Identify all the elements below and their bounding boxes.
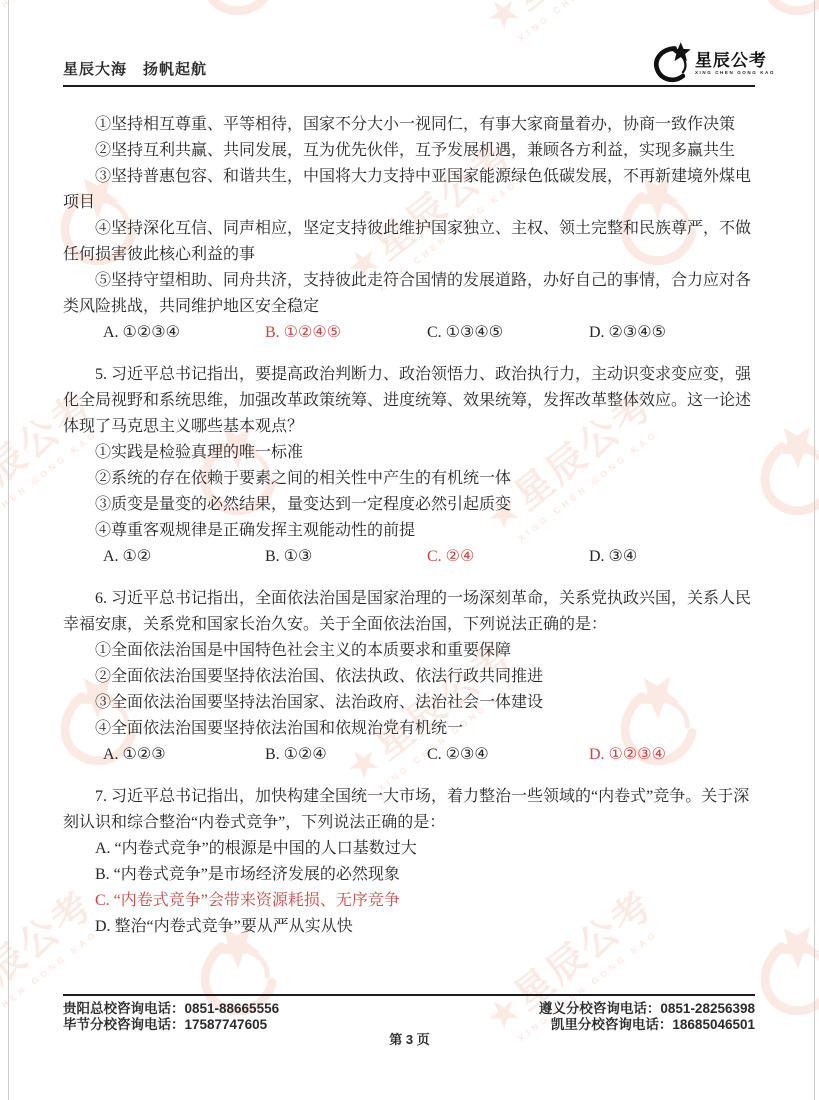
choice-option: A. ①②③④ bbox=[103, 320, 265, 346]
question-stem: 5. 习近平总书记指出，要提高政治判断力、政治领悟力、政治执行力，主动识变求变应… bbox=[63, 362, 756, 440]
brand-logo-text: 星辰公考 XING CHEN GONG KAO bbox=[695, 52, 775, 76]
watermark-brand-latin: XING CHEN GONG KAO bbox=[506, 0, 671, 52]
choice-option: D. 整治“内卷式竞争”要从严从实从快 bbox=[63, 914, 756, 940]
question-item: ①坚持相互尊重、平等相待，国家不分大小一视同仁，有事大家商量着办，协商一致作决策 bbox=[63, 112, 756, 138]
page-number: 第 3 页 bbox=[0, 1029, 819, 1048]
choice-option: C. ②③④ bbox=[427, 742, 589, 768]
choice-option: B. ①③ bbox=[265, 544, 427, 570]
choice-option-correct: B. ①②④⑤ bbox=[265, 320, 427, 346]
question-item: ②系统的存在依赖于要素之间的相关性中产生的有机统一体 bbox=[63, 466, 756, 492]
question-item: ④坚持深化互信、同声相应，坚定支持彼此维护国家独立、主权、领土完整和民族尊严，不… bbox=[63, 216, 756, 268]
watermark-logo bbox=[169, 0, 305, 49]
watermark-brand-latin: XING CHEN GONG KAO bbox=[0, 0, 110, 52]
question-item: ②坚持互利共赢、共同发展，互为优先伙伴，互予发展机遇，兼顾各方利益，实现多赢共生 bbox=[63, 138, 756, 164]
brand-name-latin: XING CHEN GONG KAO bbox=[695, 71, 775, 76]
question-item: ④尊重客观规律是正确发挥主观能动性的前提 bbox=[63, 518, 756, 544]
choices-row: A. ①②③④B. ①②④⑤C. ①③④⑤D. ②③④⑤ bbox=[63, 320, 756, 346]
choice-option: C. ①③④⑤ bbox=[427, 320, 589, 346]
footer-divider bbox=[63, 994, 755, 996]
choice-option: B. “内卷式竞争”是市场经济发展的必然现象 bbox=[63, 862, 756, 888]
question-item: ⑤坚持守望相助、同舟共济，支持彼此走符合国情的发展道路，办好自己的事情，合力应对… bbox=[63, 268, 756, 320]
choices-row: A. ①②B. ①③C. ②④D. ③④ bbox=[63, 544, 756, 570]
question-stem: 7. 习近平总书记指出，加快构建全国统一大市场，着力整治一些领域的“内卷式”竞争… bbox=[63, 784, 756, 836]
question-item: ②全面依法治国要坚持依法治国、依法执政、依法行政共同推进 bbox=[63, 664, 756, 690]
watermark-brand-text: ★星辰公考 bbox=[471, 0, 663, 42]
choice-option: A. “内卷式竞争”的根源是中国的人口基数过大 bbox=[63, 836, 756, 862]
question-block: 7. 习近平总书记指出，加快构建全国统一大市场，着力整治一些领域的“内卷式”竞争… bbox=[63, 784, 756, 940]
choice-option: B. ①②④ bbox=[265, 742, 427, 768]
questions: ①坚持相互尊重、平等相待，国家不分大小一视同仁，有事大家商量着办，协商一致作决策… bbox=[63, 112, 756, 940]
question-stem: 6. 习近平总书记指出，全面依法治国是国家治理的一场深刻革命，关系党执政兴国，关… bbox=[63, 586, 756, 638]
document-page: ★星辰公考XING CHEN GONG KAO★星辰公考XING CHEN GO… bbox=[0, 0, 819, 1100]
question-item: ③坚持普惠包容、和谐共生，中国将大力支持中亚国家能源绿色低碳发展，不再新建境外煤… bbox=[63, 164, 756, 216]
question-block: ①坚持相互尊重、平等相待，国家不分大小一视同仁，有事大家商量着办，协商一致作决策… bbox=[63, 112, 756, 346]
choice-option: D. ③④ bbox=[589, 544, 637, 570]
watermark-text: ★星辰公考XING CHEN GONG KAO bbox=[0, 0, 110, 52]
question-item: ③全面依法治国要坚持法治国家、法治政府、法治社会一体建设 bbox=[63, 690, 756, 716]
choice-option-correct: C. ②④ bbox=[427, 544, 589, 570]
choice-option: D. ②③④⑤ bbox=[589, 320, 666, 346]
page-edge-left bbox=[8, 0, 9, 1100]
header-slogan: 星辰大海 扬帆起航 bbox=[63, 58, 207, 79]
question-item: ③质变是量变的必然结果，量变达到一定程度必然引起质变 bbox=[63, 492, 756, 518]
choices-row: A. ①②③B. ①②④C. ②③④D. ①②③④ bbox=[63, 742, 756, 768]
swoosh-star-icon bbox=[649, 42, 693, 86]
watermark-text: ★星辰公考XING CHEN GONG KAO bbox=[471, 0, 671, 52]
question-block: 5. 习近平总书记指出，要提高政治判断力、政治领悟力、政治执行力，主动识变求变应… bbox=[63, 362, 756, 570]
contact-line: 遵义分校咨询电话：0851-28256398 bbox=[539, 1001, 755, 1017]
choice-option: A. ①②③ bbox=[103, 742, 265, 768]
page-edge-right bbox=[814, 0, 815, 1100]
choice-option-correct: D. ①②③④ bbox=[589, 742, 666, 768]
question-block: 6. 习近平总书记指出，全面依法治国是国家治理的一场深刻革命，关系党执政兴国，关… bbox=[63, 586, 756, 768]
brand-logo: 星辰公考 XING CHEN GONG KAO bbox=[649, 42, 775, 86]
question-item: ①全面依法治国是中国特色社会主义的本质要求和重要保障 bbox=[63, 638, 756, 664]
contact-line: 贵阳总校咨询电话：0851-88665556 bbox=[63, 1001, 279, 1017]
question-item: ④全面依法治国要坚持依法治国和依规治党有机统一 bbox=[63, 716, 756, 742]
brand-name: 星辰公考 bbox=[695, 52, 775, 69]
choice-option-correct: C. “内卷式竞争”会带来资源耗损、无序竞争 bbox=[63, 888, 756, 914]
swoosh-star-icon bbox=[220, 0, 305, 48]
watermark-brand-text: ★星辰公考 bbox=[0, 0, 103, 42]
choice-option: A. ①② bbox=[103, 544, 265, 570]
question-item: ①实践是检验真理的唯一标准 bbox=[63, 440, 756, 466]
